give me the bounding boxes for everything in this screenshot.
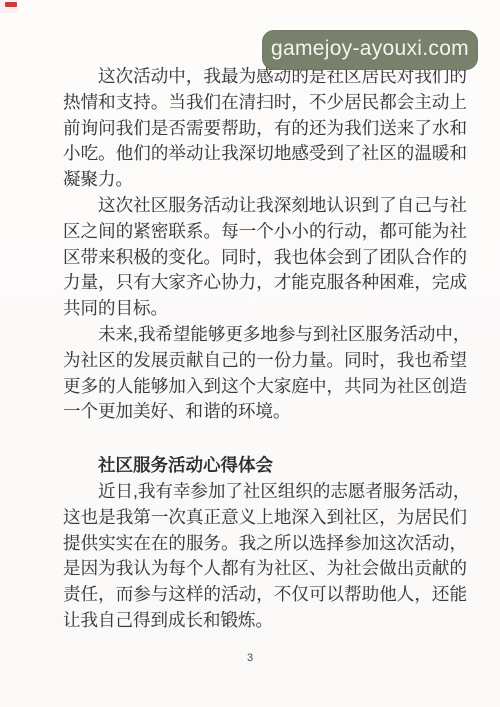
page-number: 3 (0, 652, 500, 664)
text-line: 近日,我有幸参加了社区组织的志愿者服务活动， (63, 479, 467, 505)
paragraph-2: 这次社区服务活动让我深刻地认识到了自己与社区之间的紧密联系。每一个小小的行动，都… (63, 193, 467, 322)
text-line: 力量，只有大家齐心协力，才能克服各种困难，完成 (63, 270, 467, 296)
watermark-text: gamejoy-ayouxi.com (271, 37, 469, 61)
section-heading: 社区服务活动心得体会 (63, 453, 467, 479)
document-body: 这次活动中，我最为感动的是社区居民对我们的热情和支持。当我们在清扫时，不少居民都… (63, 64, 467, 634)
text-line: 一个更加美好、和谐的环境。 (63, 399, 467, 425)
text-line: 小吃。他们的举动让我深切地感受到了社区的温暖和 (63, 141, 467, 167)
text-line: 这次社区服务活动让我深刻地认识到了自己与社 (63, 193, 467, 219)
text-line: 提供实实在在的服务。我之所以选择参加这次活动， (63, 531, 467, 557)
text-line: 更多的人能够加入到这个大家庭中，共同为社区创造 (63, 374, 467, 400)
text-line: 责任，而参与这样的活动，不仅可以帮助他人，还能 (63, 582, 467, 608)
paragraph-4: 近日,我有幸参加了社区组织的志愿者服务活动，这也是我第一次真正意义上地深入到社区… (63, 479, 467, 634)
scan-artifact-red (5, 2, 17, 7)
paragraph-1: 这次活动中，我最为感动的是社区居民对我们的热情和支持。当我们在清扫时，不少居民都… (63, 64, 467, 193)
text-line: 凝聚力。 (63, 167, 467, 193)
text-line: 前询问我们是否需要帮助，有的还为我们送来了水和 (63, 116, 467, 142)
text-line: 区之间的紧密联系。每一个小小的行动，都可能为社 (63, 219, 467, 245)
text-line: 让我自己得到成长和锻炼。 (63, 608, 467, 634)
paragraph-3: 未来,我希望能够更多地参与到社区服务活动中，为社区的发展贡献自己的一份力量。同时… (63, 322, 467, 425)
text-line: 区带来积极的变化。同时，我也体会到了团队合作的 (63, 245, 467, 271)
text-line: 为社区的发展贡献自己的一份力量。同时，我也希望 (63, 348, 467, 374)
text-line: 共同的目标。 (63, 296, 467, 322)
text-line: 未来,我希望能够更多地参与到社区服务活动中， (63, 322, 467, 348)
document-page: gamejoy-ayouxi.com 这次活动中，我最为感动的是社区居民对我们的… (0, 0, 500, 707)
text-line: 是因为我认为每个人都有为社区、为社会做出贡献的 (63, 556, 467, 582)
text-line: 这也是我第一次真正意义上地深入到社区，为居民们 (63, 505, 467, 531)
watermark-badge: gamejoy-ayouxi.com (262, 30, 478, 70)
text-line: 热情和支持。当我们在清扫时，不少居民都会主动上 (63, 90, 467, 116)
